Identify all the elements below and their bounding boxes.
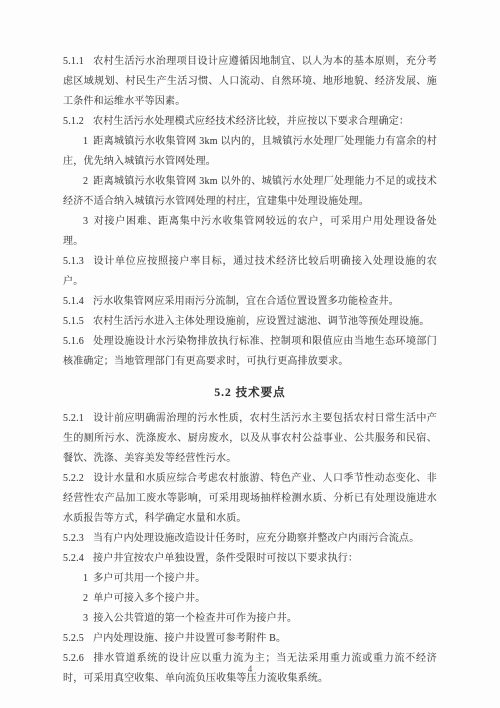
clause-text: 农村生活污水治理项目设计应遵循因地制宜、以人为本的基本原则，充分考虑区域规划、村… xyxy=(63,56,437,107)
list-item: 3接入公共管道的第一个检查井可作为接户井。 xyxy=(63,609,437,629)
clause-number: 5.2.3 xyxy=(63,533,84,544)
list-item: 1多户可共用一个接户井。 xyxy=(63,569,437,589)
clause-paragraph: 5.2.5户内处理设施、接户井设置可参考附件 B。 xyxy=(63,629,437,649)
list-item: 1距离城镇污水收集管网 3km 以内的，且城镇污水处理厂处理能力有富余的村庄，优… xyxy=(63,132,437,172)
clause-text: 农村生活污水进入主体处理设施前，应设置过滤池、调节池等预处理设施。 xyxy=(93,316,430,327)
clause-number: 5.1.3 xyxy=(63,256,84,267)
clause-paragraph: 5.2.3当有户内处理设施改造设计任务时，应充分勘察并整改户内雨污合流点。 xyxy=(63,529,437,549)
clause-number: 5.2.5 xyxy=(63,633,84,644)
clause-text: 距离城镇污水收集管网 3km 以内的，且城镇污水处理厂处理能力有富余的村庄，优先… xyxy=(63,136,437,167)
clause-text: 设计单位应按照接户率目标，通过技术经济比较后明确接入处理设施的农户。 xyxy=(63,256,437,287)
clause-number: 2 xyxy=(83,176,88,187)
clause-text: 当有户内处理设施改造设计任务时，应充分勘察并整改户内雨污合流点。 xyxy=(93,533,419,544)
clause-number: 3 xyxy=(83,613,88,624)
clause-number: 5.1.2 xyxy=(63,116,84,127)
clause-number: 3 xyxy=(83,216,88,227)
section-heading-text: 5.2 技术要点 xyxy=(214,387,285,399)
clause-paragraph: 5.2.4接户井宜按农户单独设置，条件受限时可按以下要求执行： xyxy=(63,549,437,569)
list-item: 2距离城镇污水收集管网 3km 以外的、城镇污水处理厂处理能力不足的或技术经济不… xyxy=(63,172,437,212)
clause-text: 处理设施设计水污染物排放执行标准、控制项和限值应由当地生态环境部门核准确定；当地… xyxy=(63,336,437,367)
clause-number: 5.2.2 xyxy=(63,473,84,484)
clause-number: 1 xyxy=(83,136,88,147)
clause-paragraph: 5.1.2农村生活污水处理模式应经技术经济比较，并应按以下要求合理确定： xyxy=(63,112,437,132)
clause-text: 多户可共用一个接户井。 xyxy=(93,573,205,584)
clause-number: 1 xyxy=(83,573,88,584)
clause-text: 对接户困难、距离集中污水收集管网较远的农户，可采用户用处理设备处理。 xyxy=(63,216,437,247)
clause-paragraph: 5.2.1设计前应明确需治理的污水性质，农村生活污水主要包括农村日常生活中产生的… xyxy=(63,409,437,469)
section-heading: 5.2 技术要点 xyxy=(63,383,437,403)
clause-number: 5.1.1 xyxy=(63,56,84,67)
clause-text: 污水收集管网应采用雨污分流制，宜在合适位置设置多功能检查井。 xyxy=(93,296,399,307)
clause-paragraph: 5.1.3设计单位应按照接户率目标，通过技术经济比较后明确接入处理设施的农户。 xyxy=(63,252,437,292)
clause-number: 5.1.5 xyxy=(63,316,84,327)
list-item: 2单户可接入多个接户井。 xyxy=(63,589,437,609)
clause-text: 单户可接入多个接户井。 xyxy=(93,593,205,604)
clause-paragraph: 5.1.1农村生活污水治理项目设计应遵循因地制宜、以人为本的基本原则，充分考虑区… xyxy=(63,52,437,112)
clause-number: 5.1.4 xyxy=(63,296,84,307)
clause-text: 距离城镇污水收集管网 3km 以外的、城镇污水处理厂处理能力不足的或技术经济不适… xyxy=(63,176,437,207)
clause-text: 户内处理设施、接户井设置可参考附件 B。 xyxy=(93,633,286,644)
clause-text: 设计前应明确需治理的污水性质，农村生活污水主要包括农村日常生活中产生的厕所污水、… xyxy=(63,413,437,464)
clause-number: 5.2.4 xyxy=(63,553,84,564)
page-number: 4 xyxy=(0,663,500,675)
document-page: 5.1.1农村生活污水治理项目设计应遵循因地制宜、以人为本的基本原则，充分考虑区… xyxy=(0,0,500,708)
clause-number: 2 xyxy=(83,593,88,604)
clause-text: 农村生活污水处理模式应经技术经济比较，并应按以下要求合理确定： xyxy=(93,116,409,127)
list-item: 3对接户困难、距离集中污水收集管网较远的农户，可采用户用处理设备处理。 xyxy=(63,212,437,252)
clause-paragraph: 5.2.2设计水量和水质应综合考虑农村旅游、特色产业、人口季节性动态变化、非经营… xyxy=(63,469,437,529)
clause-paragraph: 5.1.5农村生活污水进入主体处理设施前，应设置过滤池、调节池等预处理设施。 xyxy=(63,312,437,332)
clause-text: 接户井宜按农户单独设置，条件受限时可按以下要求执行： xyxy=(93,553,358,564)
clause-number: 5.2.1 xyxy=(63,413,84,424)
clause-paragraph: 5.1.6处理设施设计水污染物排放执行标准、控制项和限值应由当地生态环境部门核准… xyxy=(63,332,437,372)
document-body: 5.1.1农村生活污水治理项目设计应遵循因地制宜、以人为本的基本原则，充分考虑区… xyxy=(63,52,437,689)
clause-text: 接入公共管道的第一个检查井可作为接户井。 xyxy=(93,613,297,624)
clause-number: 5.1.6 xyxy=(63,336,84,347)
clause-paragraph: 5.1.4污水收集管网应采用雨污分流制，宜在合适位置设置多功能检查井。 xyxy=(63,292,437,312)
clause-text: 设计水量和水质应综合考虑农村旅游、特色产业、人口季节性动态变化、非经营性农产品加… xyxy=(63,473,437,524)
